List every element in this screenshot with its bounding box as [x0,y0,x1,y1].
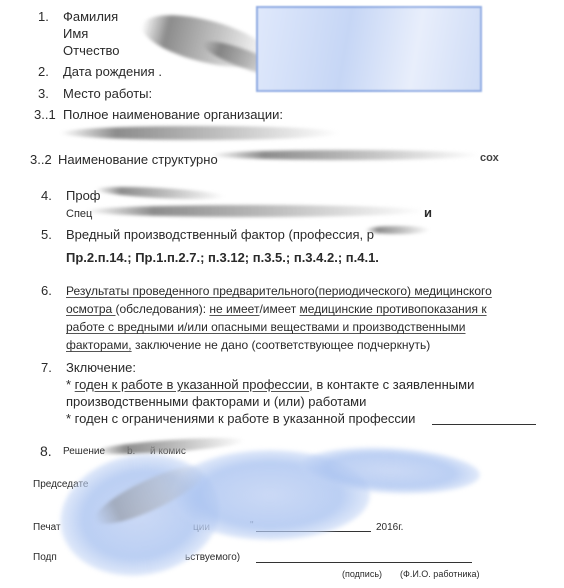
conclusion-option-limited: * годен с ограничениями к работе в указа… [66,411,415,427]
redaction-smear-profession [95,185,225,202]
conclusion-option-fit: * годен к работе в указанной профессии, … [66,377,474,393]
signature-label: Подп [33,550,57,566]
exam-results-line-2: осмотра (обследования): не имеет/имеет м… [66,301,487,317]
redaction-smear-specialty [85,205,425,217]
redaction-smear-unit [210,150,480,160]
conclusion-option-fit-rest: , в контакте с заявленными [309,377,474,392]
exam-results-part-b: (обследования): [116,302,210,316]
structural-unit-label: Наименование структурно [58,152,218,168]
no-contraindications-option: не имеет [209,302,259,316]
conclusion-option-fit-line-2: производственными факторами и (или) рабо… [66,394,366,410]
conclusion-option-fit-star: * [66,377,75,392]
item-3-2-number: 3..2 [30,152,52,168]
workplace-label: Место работы: [63,86,152,102]
name-caption: (Ф.И.О. работника) [400,566,480,582]
surname-label: Фамилия [63,9,118,25]
item-5-number: 5. [41,227,52,243]
item-8-number: 8. [40,443,52,459]
redaction-smear-org [60,126,340,140]
exam-results-line-1: Результаты проведенного предварительного… [66,283,492,299]
signature-fill-line [256,562,472,563]
exam-results-part-no-conclusion: заключение не дано (соответствующее подч… [132,338,431,352]
birth-date-label: Дата рождения . [63,64,162,80]
item-7-number: 7. [41,360,52,376]
conclusion-title: Зключение: [66,360,136,376]
item-6-number: 6. [41,283,52,299]
name-label: Имя [63,26,88,42]
exam-results-line-3: работе с вредными и/или опасными веществ… [66,319,466,335]
structural-unit-fragment: сох [480,150,499,166]
exam-results-line-4: факторами, заключение не дано (соответст… [66,337,430,353]
item-3-1-number: 3..1 [34,107,56,123]
stamp-label: Печат [33,520,61,536]
patronymic-label: Отчество [63,43,120,59]
conclusion-option-fit-underlined: годен к работе в указанной профессии [75,377,309,392]
item-3-number: 3. [38,86,49,102]
exam-results-part-factors: факторами, [66,338,132,352]
exam-results-part-a: осмотра [66,302,116,316]
harmful-factor-codes: Пр.2.п.14.; Пр.1.п.2.7.; п.3.12; п.3.5.;… [66,250,379,266]
redaction-block-top [256,6,482,92]
has-contraindications-option: /имеет [259,302,299,316]
signature-caption: (подпись) [342,566,382,582]
exam-results-part-e: медицинские противопоказания к [300,302,487,316]
limited-fill-line [432,424,536,425]
specialty-fragment: Спец [66,206,92,222]
item-4-number: 4. [41,188,52,204]
item-1-number: 1. [38,9,49,25]
item-2-number: 2. [38,64,49,80]
harmful-factor-label: Вредный производственный фактор (професс… [66,227,374,243]
organization-name-label: Полное наименование организации: [63,107,283,123]
date-year: 2016г. [376,520,403,536]
specialty-fragment-end: и [424,205,432,221]
redaction-smear-factor [365,226,430,234]
